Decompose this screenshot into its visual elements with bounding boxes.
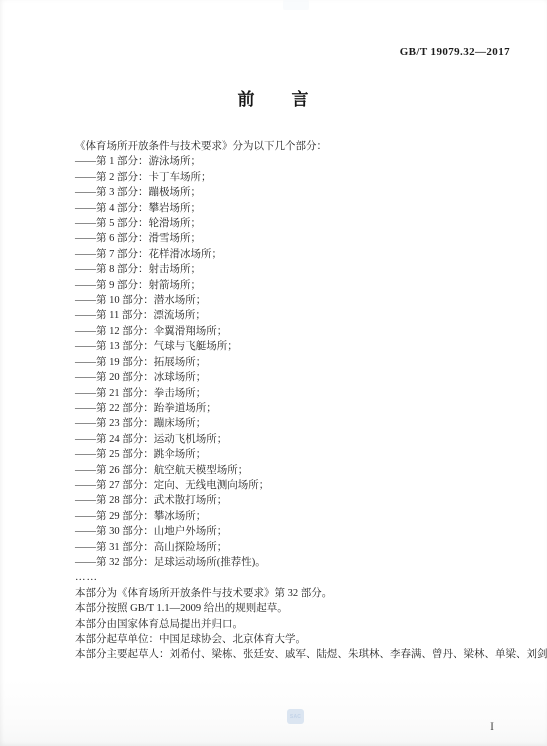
part-item: ——第 20 部分：冰球场所； [75,370,513,385]
part-item: ——第 32 部分：足球运动场所(推荐性)。 [75,555,513,570]
part-item: ——第 24 部分：运动飞机场所； [75,432,513,447]
part-item: ——第 25 部分：跳伞场所； [75,447,513,462]
part-item: ——第 1 部分：游泳场所； [75,154,513,169]
part-item: ——第 10 部分：潜水场所； [75,293,513,308]
foreword-paragraph: 本部分由国家体育总局提出并归口。 [75,617,513,632]
foreword-paragraph: 本部分按照 GB/T 1.1—2009 给出的规则起草。 [75,601,513,616]
foreword-intro: 《体育场所开放条件与技术要求》分为以下几个部分： [75,139,513,154]
part-item: ——第 4 部分：攀岩场所； [75,201,513,216]
part-item: ——第 11 部分：漂流场所； [75,308,513,323]
page-title: 前 言 [0,85,547,110]
foreword-paragraph: 本部分为《体育场所开放条件与技术要求》第 32 部分。 [75,586,513,601]
foreword-paragraph: 本部分起草单位：中国足球协会、北京体育大学。 [75,632,513,647]
part-item: ——第 5 部分：轮滑场所； [75,216,513,231]
foreword-body: 《体育场所开放条件与技术要求》分为以下几个部分： ——第 1 部分：游泳场所；—… [75,139,513,663]
part-item: ——第 9 部分：射箭场所； [75,278,513,293]
sac-logo-icon: SAC [287,709,304,724]
foreword-paragraphs: 本部分为《体育场所开放条件与技术要求》第 32 部分。本部分按照 GB/T 1.… [75,586,513,663]
part-item: ——第 19 部分：拓展场所； [75,355,513,370]
part-item: ——第 23 部分：蹦床场所； [75,416,513,431]
part-item: ——第 29 部分：攀冰场所； [75,509,513,524]
page-number: I [490,721,494,733]
part-item: ——第 27 部分：定向、无线电测向场所； [75,478,513,493]
part-item: ——第 3 部分：蹦极场所； [75,185,513,200]
part-item: ——第 28 部分：武术散打场所； [75,493,513,508]
part-item: ——第 21 部分：拳击场所； [75,386,513,401]
document-page: GB/T 19079.32—2017 前 言 《体育场所开放条件与技术要求》分为… [0,0,547,746]
faint-top-watermark-icon [283,0,309,10]
part-item: ——第 8 部分：射击场所； [75,262,513,277]
part-item: ——第 26 部分：航空航天模型场所； [75,463,513,478]
ellipsis-line: …… [75,570,513,585]
part-item: ——第 6 部分：滑雪场所； [75,231,513,246]
parts-list: ——第 1 部分：游泳场所；——第 2 部分：卡丁车场所；——第 3 部分：蹦极… [75,154,513,570]
part-item: ——第 30 部分：山地户外场所； [75,524,513,539]
part-item: ——第 22 部分：跆拳道场所； [75,401,513,416]
standard-code: GB/T 19079.32—2017 [400,46,510,58]
part-item: ——第 7 部分：花样滑冰场所； [75,247,513,262]
foreword-paragraph: 本部分主要起草人：刘希付、梁栋、张廷安、戚军、陆煜、朱琪林、李春满、曾丹、梁林、… [75,647,513,662]
sac-logo-label: SAC [290,714,301,720]
part-item: ——第 12 部分：伞翼滑翔场所； [75,324,513,339]
part-item: ——第 13 部分：气球与飞艇场所； [75,339,513,354]
part-item: ——第 31 部分：高山探险场所； [75,540,513,555]
part-item: ——第 2 部分：卡丁车场所； [75,170,513,185]
